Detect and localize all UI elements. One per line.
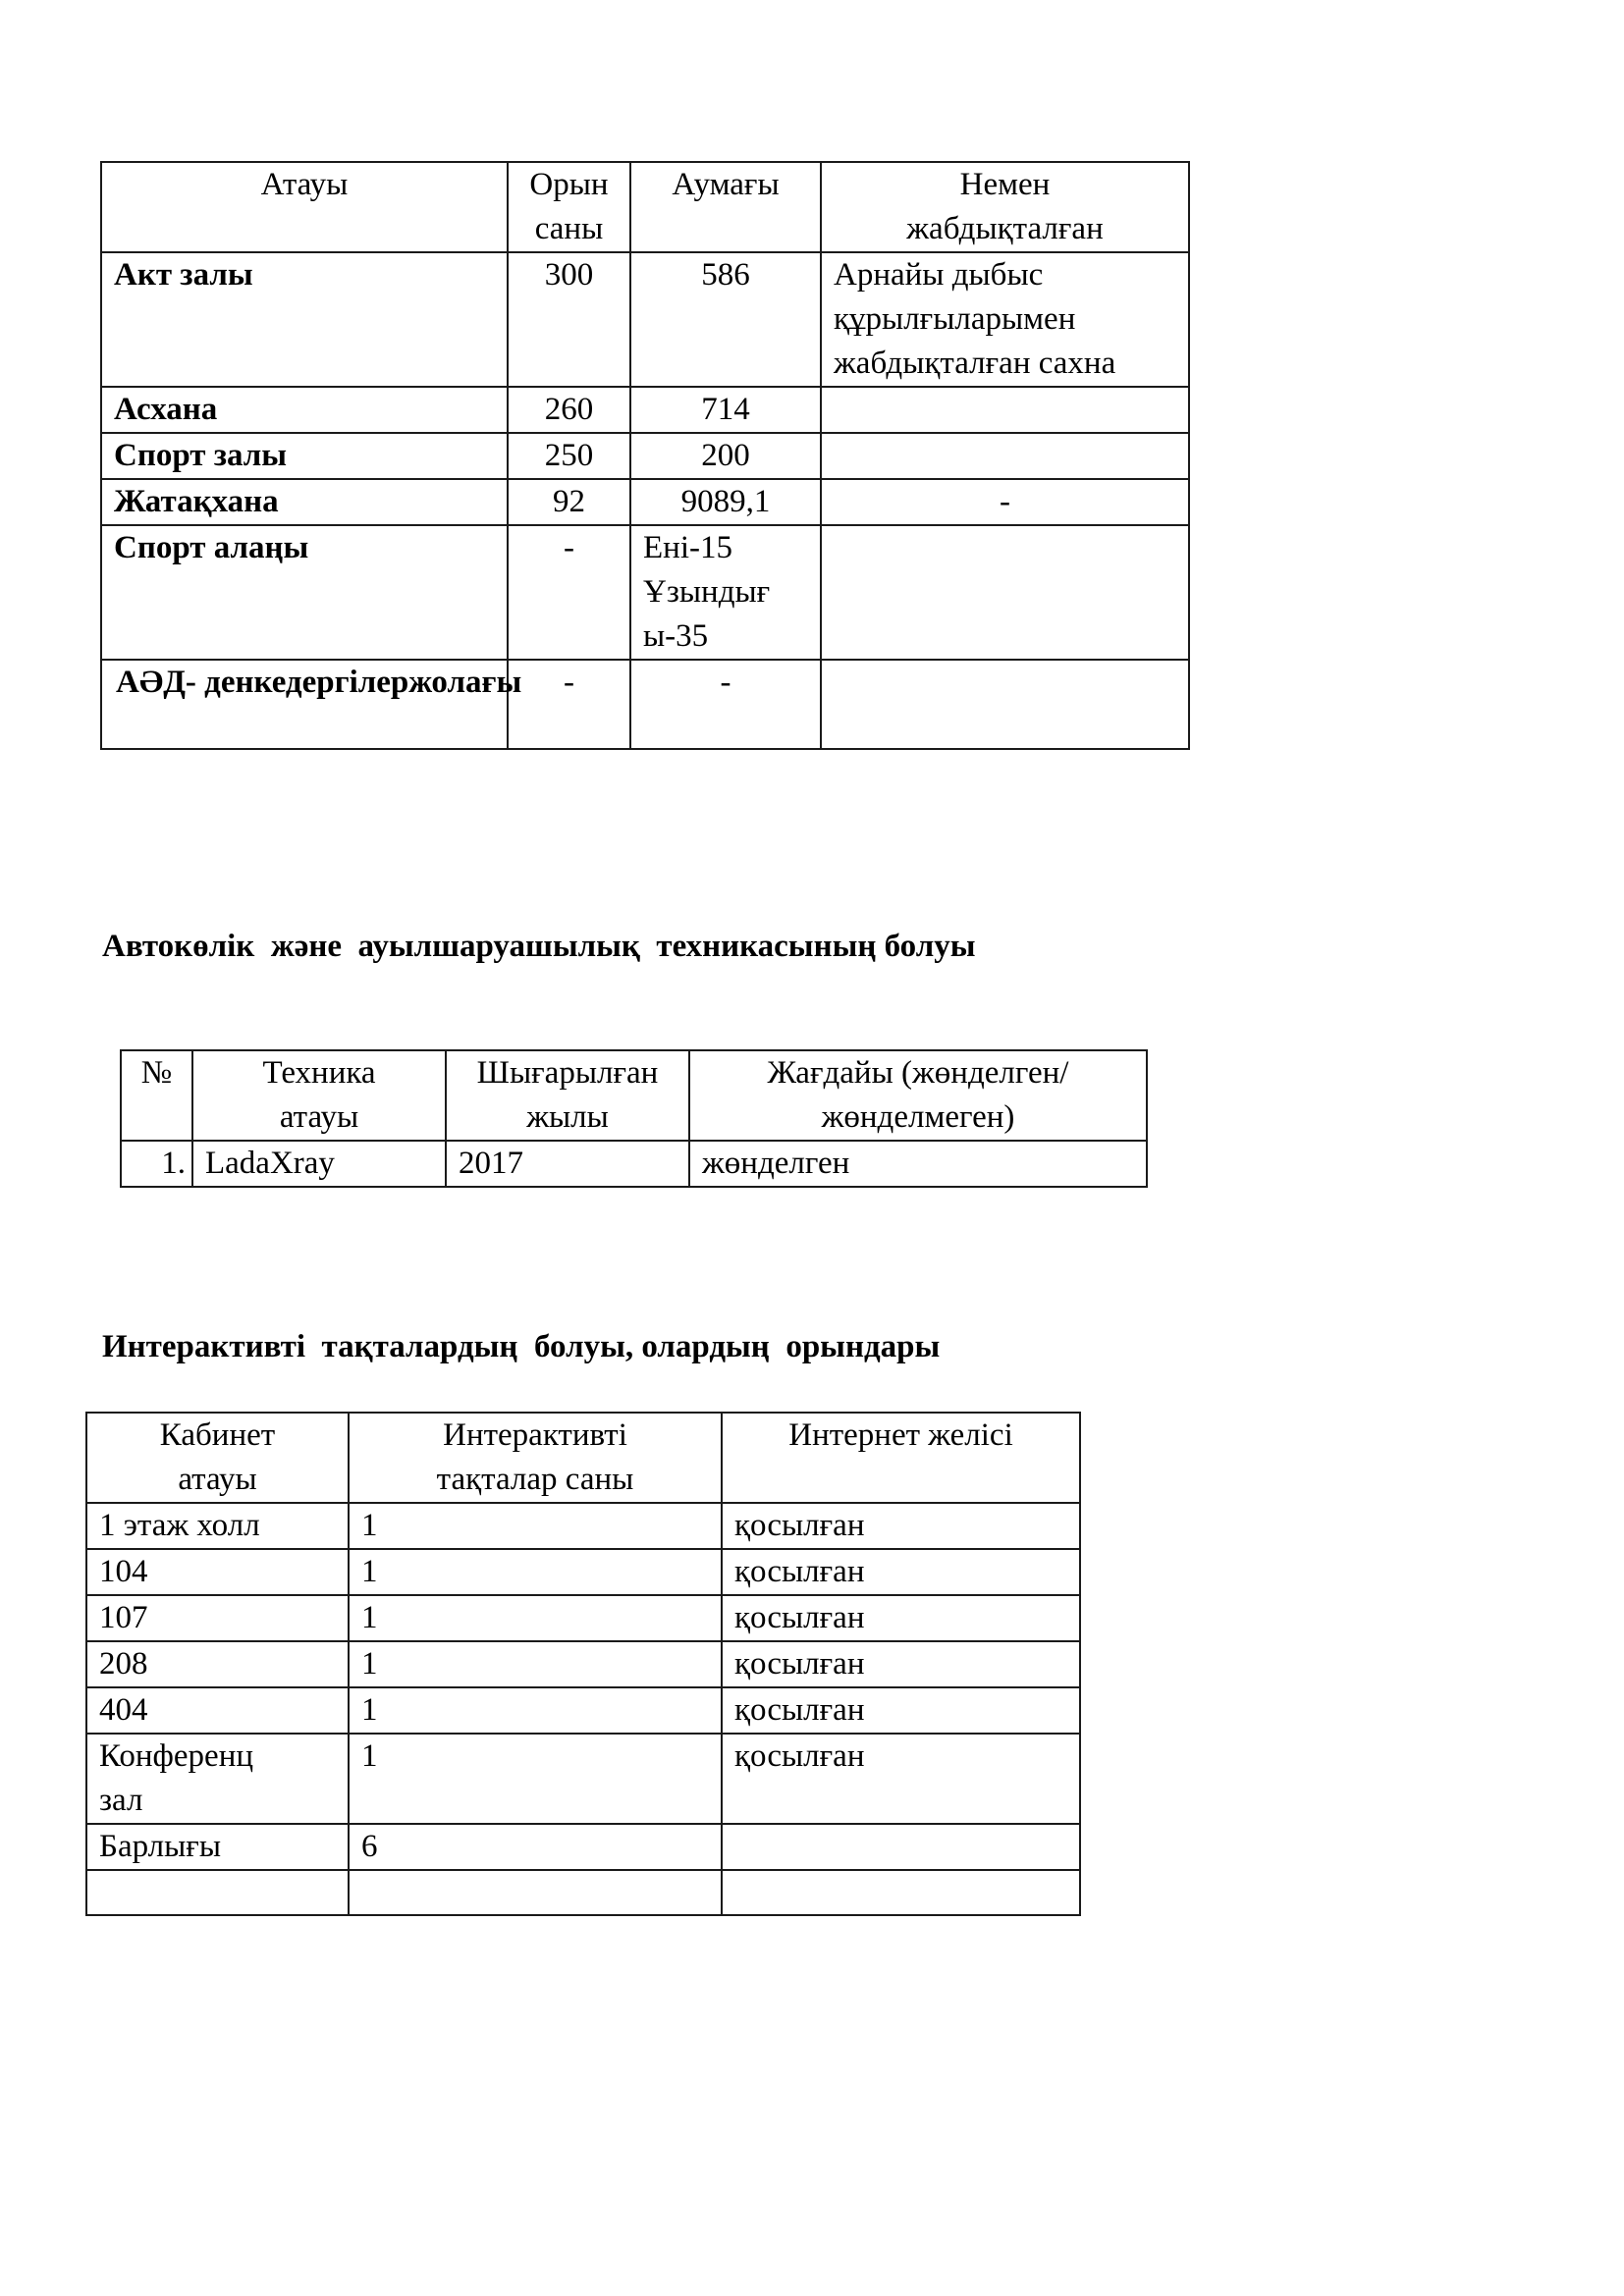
table-row: Спорт залы 250 200 [101,433,1189,479]
header-name: Атауы [101,162,508,252]
header-area: Аумағы [630,162,821,252]
table-row: Спорт алаңы - Ені-15 Ұзындығ ы-35 [101,525,1189,660]
cell-seats: - [508,525,630,660]
cell-room: 208 [86,1641,349,1687]
table-row: 1. LadaXray 2017 жөнделген [121,1141,1147,1187]
cell-room: 104 [86,1549,349,1595]
table-row: Конференц зал 1 қосылған [86,1734,1080,1824]
vehicles-section-title: Автокөлік және ауылшаруашылық техникасын… [102,925,976,969]
cell-area: 586 [630,252,821,387]
cell-room: 404 [86,1687,349,1734]
cell-equipment [821,660,1189,749]
cell-name: Спорт алаңы [101,525,508,660]
cell-seats: 300 [508,252,630,387]
table-row: 104 1 қосылған [86,1549,1080,1595]
table-header-row: № Техника атауы Шығарылған жылы Жағдайы … [121,1050,1147,1141]
cell-room: Конференц зал [86,1734,349,1824]
header-equipment: Немен жабдықталған [821,162,1189,252]
boards-section-title: Интерактивті тақталардың болуы, олардың … [102,1325,940,1369]
cell-equipment: - [821,479,1189,525]
cell-name: Жатақхана [101,479,508,525]
table-row: Акт залы 300 586 Арнайы дыбыс құрылғылар… [101,252,1189,387]
cell-board-count: 1 [349,1595,722,1641]
cell-name: АӘД- денкедергілержолағы [101,660,508,749]
cell-name: Акт залы [101,252,508,387]
cell-area: 9089,1 [630,479,821,525]
cell-condition: жөнделген [689,1141,1147,1187]
table-row: 1 этаж холл 1 қосылған [86,1503,1080,1549]
cell-board-count: 1 [349,1641,722,1687]
cell-board-count: 1 [349,1503,722,1549]
cell-equipment [821,525,1189,660]
cell-seats: 92 [508,479,630,525]
table-header-row: Атауы Орын саны Аумағы Немен жабдықталға… [101,162,1189,252]
cell-equipment: Арнайы дыбыс құрылғыларымен жабдықталған… [821,252,1189,387]
cell-board-count [349,1870,722,1915]
table-row: 208 1 қосылған [86,1641,1080,1687]
header-room: Кабинет атауы [86,1413,349,1503]
cell-board-count: 1 [349,1687,722,1734]
table-row: Асхана 260 714 [101,387,1189,433]
cell-room: Барлығы [86,1824,349,1870]
cell-seats: 250 [508,433,630,479]
cell-name: Асхана [101,387,508,433]
interactive-boards-table: Кабинет атауы Интерактивті тақталар саны… [85,1412,1081,1916]
cell-room: 1 этаж холл [86,1503,349,1549]
table-row: Жатақхана 92 9089,1 - [101,479,1189,525]
header-internet: Интернет желісі [722,1413,1080,1503]
header-seats: Орын саны [508,162,630,252]
cell-internet: қосылған [722,1503,1080,1549]
cell-board-count: 1 [349,1734,722,1824]
table-row: 107 1 қосылған [86,1595,1080,1641]
cell-equipment [821,433,1189,479]
cell-area: 200 [630,433,821,479]
table-empty-row [86,1870,1080,1915]
cell-internet: қосылған [722,1549,1080,1595]
cell-internet [722,1870,1080,1915]
cell-internet [722,1824,1080,1870]
cell-equipment [821,387,1189,433]
cell-name: Спорт залы [101,433,508,479]
cell-area: - [630,660,821,749]
cell-board-count: 6 [349,1824,722,1870]
cell-room [86,1870,349,1915]
header-year: Шығарылған жылы [446,1050,689,1141]
table-row: 404 1 қосылған [86,1687,1080,1734]
header-board-count: Интерактивті тақталар саны [349,1413,722,1503]
table-total-row: Барлығы 6 [86,1824,1080,1870]
header-number: № [121,1050,192,1141]
cell-room: 107 [86,1595,349,1641]
cell-internet: қосылған [722,1641,1080,1687]
cell-vehicle-name: LadaXray [192,1141,446,1187]
vehicles-table: № Техника атауы Шығарылған жылы Жағдайы … [120,1049,1148,1188]
header-vehicle-name: Техника атауы [192,1050,446,1141]
cell-area: Ені-15 Ұзындығ ы-35 [630,525,821,660]
cell-internet: қосылған [722,1687,1080,1734]
cell-internet: қосылған [722,1734,1080,1824]
cell-number: 1. [121,1141,192,1187]
cell-area: 714 [630,387,821,433]
table-row: АӘД- денкедергілержолағы - - [101,660,1189,749]
cell-internet: қосылған [722,1595,1080,1641]
cell-seats: 260 [508,387,630,433]
cell-seats: - [508,660,630,749]
cell-board-count: 1 [349,1549,722,1595]
facilities-table: Атауы Орын саны Аумағы Немен жабдықталға… [100,161,1190,750]
table-header-row: Кабинет атауы Интерактивті тақталар саны… [86,1413,1080,1503]
header-condition: Жағдайы (жөнделген/ жөнделмеген) [689,1050,1147,1141]
cell-year: 2017 [446,1141,689,1187]
